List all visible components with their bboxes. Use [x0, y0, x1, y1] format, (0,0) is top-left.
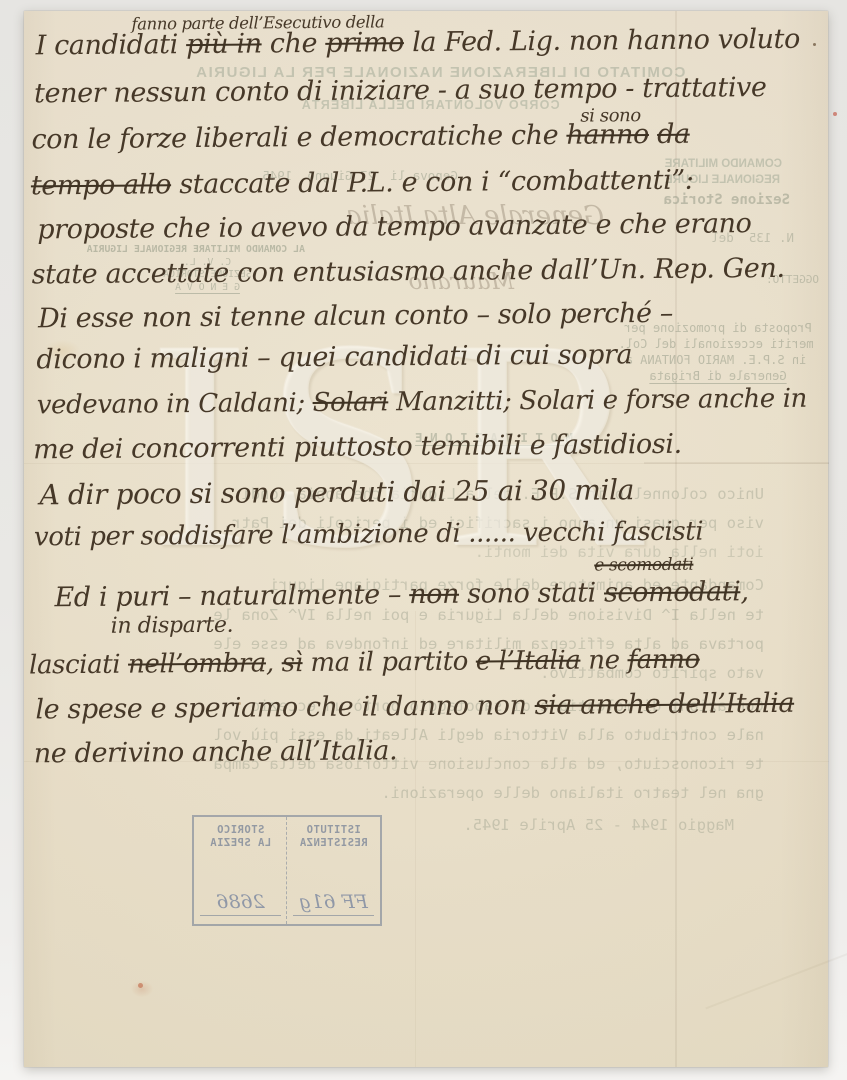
handwritten-struck-text: tempo allo — [31, 169, 171, 201]
handwritten-text: proposte che io avevo da tempo avanzate … — [37, 208, 751, 245]
handwritten-line: vedevano in Caldani; Solari Manzitti; So… — [37, 384, 807, 421]
handwritten-line: state accettate con entusiasmo anche dal… — [32, 253, 785, 291]
handwritten-line: ne derivino anche all’Italia. — [34, 735, 398, 769]
handwritten-text: ne — [580, 645, 627, 675]
handwritten-line: Ed i puri – naturalmente – non sono stat… — [54, 576, 748, 613]
handwritten-line: dicono i maligni – quei candidati di cui… — [36, 339, 632, 375]
handwritten-line: tener nessun conto di iniziare - a suo t… — [34, 72, 767, 109]
handwritten-line: voti per soddisfare l’ambizione di .....… — [34, 517, 703, 553]
handwritten-struck-text: e scomodati — [594, 555, 693, 576]
handwritten-struck-text: scomodati — [604, 576, 741, 608]
photo-backdrop: COMITATO DI LIBERAZIONE NAZIONALE PER LA… — [0, 0, 847, 1080]
handwritten-struck-text: fanno — [627, 645, 700, 676]
handwritten-text: , — [740, 576, 748, 607]
handwritten-text: dicono i maligni – quei candidati di cui… — [36, 339, 632, 375]
handwritten-text: Manzitti; Solari e forse anche in — [388, 384, 807, 418]
handwritten-text: lasciati — [29, 650, 128, 681]
handwritten-insertion: in disparte. — [111, 613, 234, 639]
handwritten-text: I candidati — [36, 29, 187, 61]
handwritten-text — [649, 119, 657, 150]
handwritten-struck-text: Solari — [313, 387, 389, 418]
handwritten-text: staccate dal P.L. e con i “combattenti”: — [171, 165, 694, 201]
handwritten-text: ne derivino anche all’Italia. — [34, 735, 398, 769]
handwritten-line: A dir poco si sono perduti dai 25 ai 30 … — [39, 473, 634, 511]
handwritten-text: tener nessun conto di iniziare - a suo t… — [34, 72, 767, 109]
handwritten-text: in disparte. — [111, 613, 234, 639]
handwritten-text: ma il partito — [302, 647, 476, 679]
handwritten-text: , — [266, 648, 282, 678]
handwritten-line: tempo allo staccate dal P.L. e con i “co… — [31, 165, 694, 202]
handwritten-line: Di esse non si tenne alcun conto – solo … — [38, 298, 673, 335]
handwritten-text: che — [261, 28, 325, 60]
handwritten-text: me dei concorrenti piuttosto temibili e … — [33, 429, 682, 466]
handwritten-text: si sono — [580, 105, 641, 127]
handwritten-struck-text: da — [657, 119, 690, 150]
handwritten-struck-text: più in — [186, 28, 262, 60]
handwritten-struck-text: non — [409, 579, 459, 610]
handwritten-insertion: e scomodati — [594, 555, 693, 576]
handwritten-text: Ed i puri – naturalmente – — [54, 579, 409, 613]
handwritten-text: Di esse non si tenne alcun conto – solo … — [38, 298, 673, 335]
handwritten-insertion: fanno parte dell’Esecutivo della — [131, 12, 384, 33]
paper-speck — [833, 112, 837, 116]
handwritten-text: fanno parte dell’Esecutivo della — [131, 12, 384, 33]
handwritten-struck-text: primo — [325, 27, 404, 59]
handwritten-draft-layer: I candidati più in che primo la Fed. Lig… — [19, 8, 832, 1071]
handwritten-line: le spese e speriamo che il danno non sia… — [35, 688, 794, 726]
letter-page: COMITATO DI LIBERAZIONE NAZIONALE PER LA… — [24, 11, 828, 1067]
handwritten-text: voti per soddisfare l’ambizione di .....… — [34, 517, 703, 553]
handwritten-text: state accettate con entusiasmo anche dal… — [32, 253, 785, 291]
handwritten-line: lasciati nell’ombra, sì ma il partito e … — [29, 645, 700, 681]
handwritten-text: con le forze liberali e democratiche che — [31, 120, 566, 156]
handwritten-insertion: si sono — [580, 105, 641, 127]
handwritten-line: me dei concorrenti piuttosto temibili e … — [33, 429, 682, 466]
handwritten-text: vedevano in Caldani; — [37, 388, 313, 420]
handwritten-text: le spese e speriamo che il danno non — [35, 690, 534, 725]
handwritten-text: la Fed. Lig. non hanno voluto — [404, 24, 800, 58]
handwritten-struck-text: nell’ombra — [128, 648, 266, 679]
handwritten-line: proposte che io avevo da tempo avanzate … — [37, 208, 751, 245]
handwritten-text: A dir poco si sono perduti dai 25 ai 30 … — [39, 473, 634, 511]
handwritten-struck-text: sì — [282, 648, 303, 678]
handwritten-struck-text: e l’Italia — [476, 646, 581, 677]
handwritten-struck-text: sia anche dell’Italia — [535, 688, 795, 721]
handwritten-text: sono stati — [459, 577, 604, 609]
